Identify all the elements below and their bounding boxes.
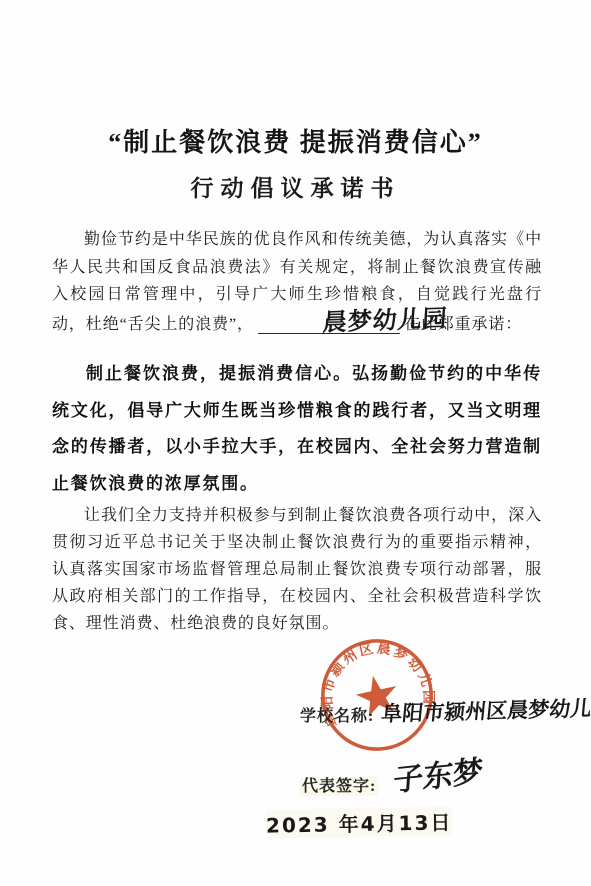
intro-paragraph: 勤俭节约是中华民族的优良作风和传统美德，为认真落实《中华人民共和国反食品浪费法》… [52,226,542,338]
handwritten-school-name: 阜阳市颍州区晨梦幼儿园 [380,692,591,728]
official-red-seal: 阜阳市颍州区晨梦幼儿园 [307,625,447,765]
school-name-label: 学校名称: [300,708,374,725]
handwritten-signature: 子东梦 [392,746,485,800]
school-name-blank-line: 晨梦幼儿园 [258,309,400,334]
handwritten-school-name-inline: 晨梦幼儿园 [290,306,448,336]
document-title-line2: 行动倡议承诺书 [0,170,591,203]
document-title-line1: “制止餐饮浪费 提振消费信心” [0,122,591,159]
scanned-pledge-document: “制止餐饮浪费 提振消费信心” 行动倡议承诺书 勤俭节约是中华民族的优良作风和传… [0,0,591,886]
pledge-paragraph-bold: 制止餐饮浪费，提振消费信心。弘扬勤俭节约的中华传统文化，倡导广大师生既当珍惜粮食… [52,356,542,502]
school-name-row: 学校名称: 阜阳市颍州区晨梦幼儿园 [300,698,591,728]
action-paragraph: 让我们全力支持并积极参与到制止餐饮浪费各项行动中，深入贯彻习近平总书记关于坚决制… [52,502,542,637]
handwritten-date: 2023 年4月13日 [266,806,453,838]
signature-label: 代表签字: [300,777,378,796]
representative-signature-row: 代表签字: 子东梦 [300,756,482,800]
